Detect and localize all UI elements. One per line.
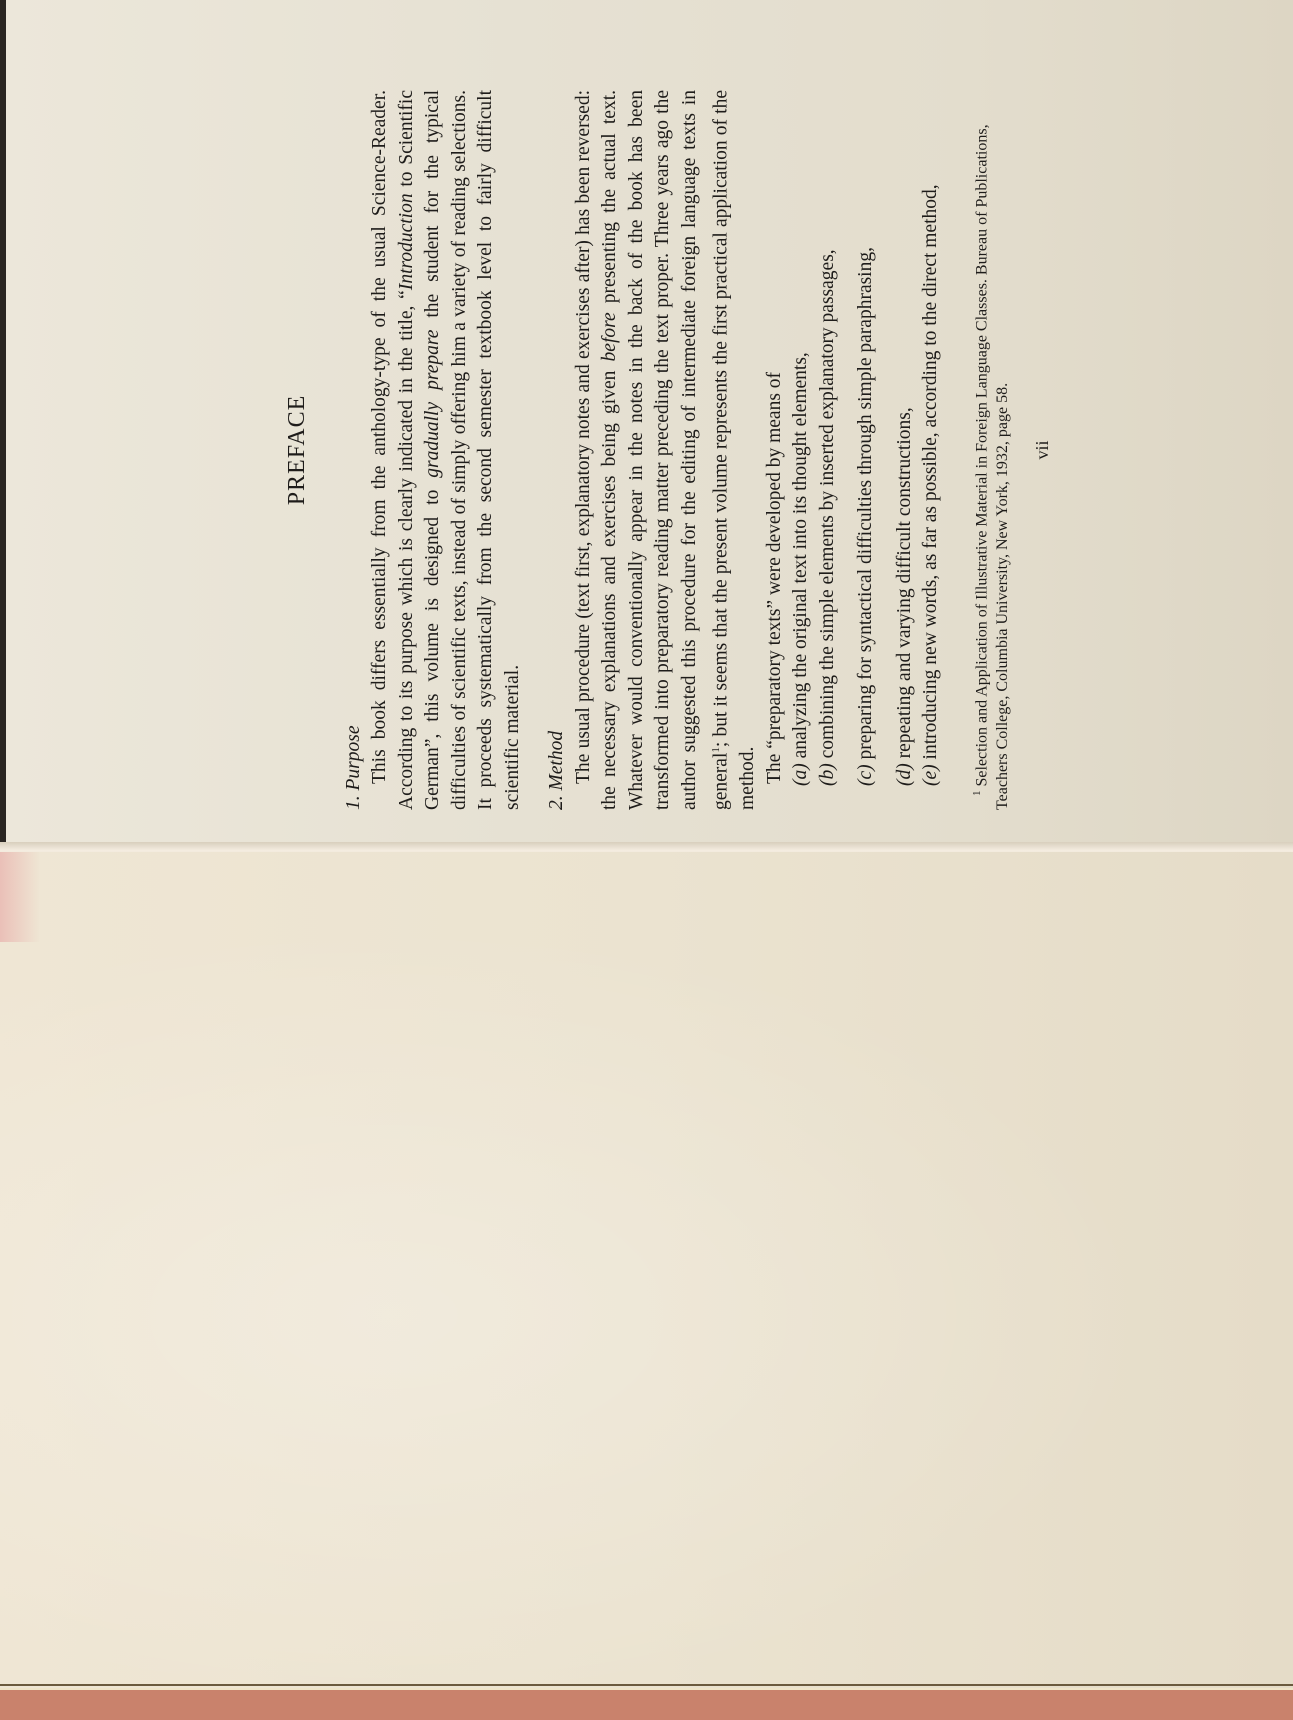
book-cover-edge <box>0 1690 1293 1720</box>
list-item: (b) combining the simple elements by ins… <box>815 90 842 810</box>
list-item: (c) preparing for syntactical difficulti… <box>853 90 880 810</box>
lower-blank-page <box>0 852 1293 1694</box>
footnote: 1 Selection and Application of Illustrat… <box>967 90 1013 810</box>
section-heading-purpose: 1. Purpose <box>341 90 368 810</box>
footnote-reference: 1 <box>710 747 722 753</box>
rotated-text-block: PREFACE 1. Purpose This book differs ess… <box>280 90 840 810</box>
list-item: (d) repeating and varying difficult cons… <box>892 90 919 810</box>
method-steps-list: (a) analyzing the original text into its… <box>788 90 945 810</box>
method-paragraph: The usual procedure (text first, explana… <box>571 90 762 810</box>
section-heading-method: 2. Method <box>544 90 571 810</box>
page-title: PREFACE <box>280 90 311 810</box>
method-list-intro: The “preparatory texts” were developed b… <box>762 90 789 810</box>
page-edge-line <box>0 1684 1293 1686</box>
list-item: (a) analyzing the original text into its… <box>788 90 815 810</box>
list-item: (e) introducing new words, as far as pos… <box>918 90 945 810</box>
purpose-paragraph: This book differs essentially from the a… <box>367 90 526 810</box>
page-number: vii <box>1029 90 1056 810</box>
